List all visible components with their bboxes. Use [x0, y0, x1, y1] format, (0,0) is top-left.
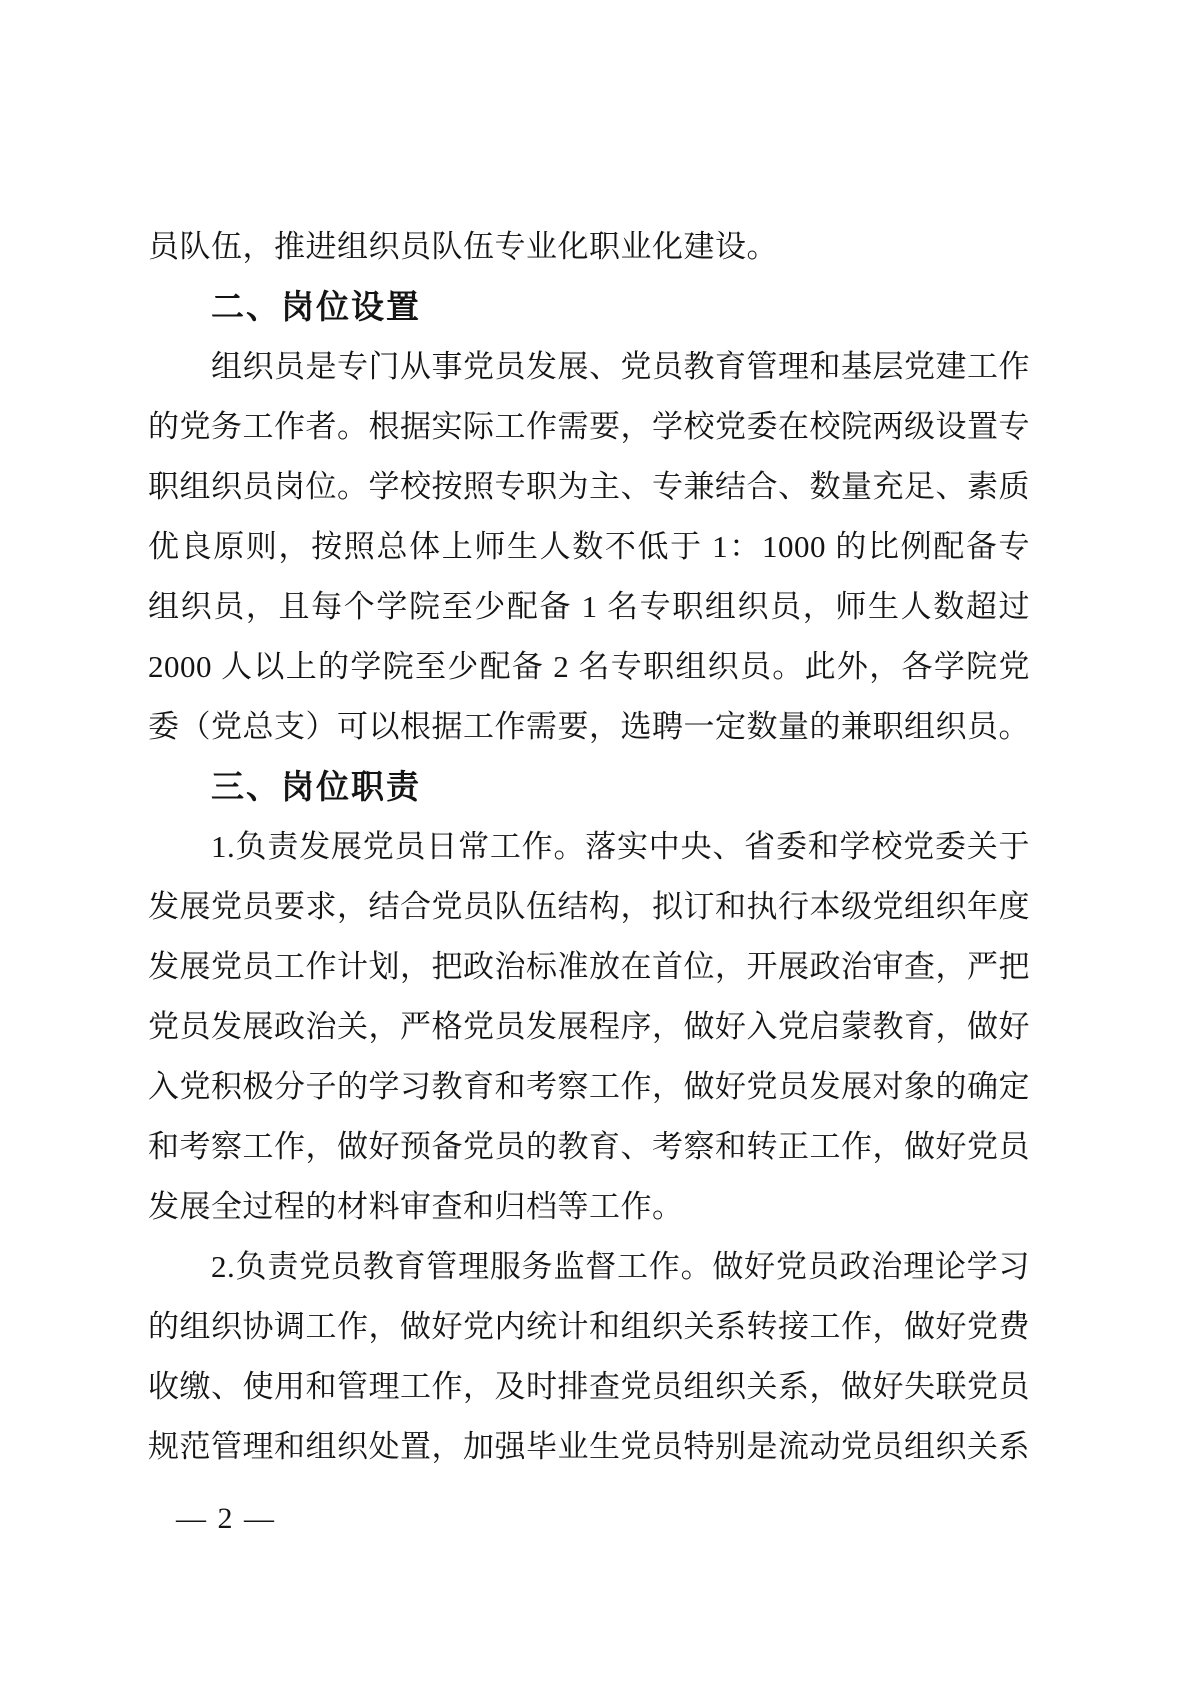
text-line: 组织员是专门从事党员发展、党员教育管理和基层党建工作 — [148, 337, 1030, 397]
page-number: — 2 — — [176, 1489, 276, 1549]
section-heading-3: 三、岗位职责 — [148, 757, 1030, 817]
text-line: 入党积极分子的学习教育和考察工作，做好党员发展对象的确定 — [148, 1057, 1030, 1117]
text-line: 收缴、使用和管理工作，及时排查党员组织关系，做好失联党员 — [148, 1357, 1030, 1417]
document-page: 员队伍，推进组织员队伍专业化职业化建设。 二、岗位设置 组织员是专门从事党员发展… — [0, 0, 1190, 1683]
text-block: 员队伍，推进组织员队伍专业化职业化建设。 二、岗位设置 组织员是专门从事党员发展… — [148, 217, 1030, 1477]
text-line: 和考察工作，做好预备党员的教育、考察和转正工作，做好党员 — [148, 1117, 1030, 1177]
text-line: 的组织协调工作，做好党内统计和组织关系转接工作，做好党费 — [148, 1297, 1030, 1357]
section-heading-2: 二、岗位设置 — [148, 277, 1030, 337]
text-line: 委（党总支）可以根据工作需要，选聘一定数量的兼职组织员。 — [148, 697, 1030, 757]
text-line: 优良原则，按照总体上师生人数不低于 1：1000 的比例配备专职 — [148, 517, 1030, 577]
text-line: 规范管理和组织处置，加强毕业生党员特别是流动党员组织关系 — [148, 1417, 1030, 1477]
text-line: 发展党员要求，结合党员队伍结构，拟订和执行本级党组织年度 — [148, 877, 1030, 937]
text-line: 组织员，且每个学院至少配备 1 名专职组织员，师生人数超过 — [148, 577, 1030, 637]
text-line: 党员发展政治关，严格党员发展程序，做好入党启蒙教育，做好 — [148, 997, 1030, 1057]
text-line: 发展党员工作计划，把政治标准放在首位，开展政治审查，严把 — [148, 937, 1030, 997]
text-line: 职组织员岗位。学校按照专职为主、专兼结合、数量充足、素质 — [148, 457, 1030, 517]
text-line: 发展全过程的材料审查和归档等工作。 — [148, 1177, 1030, 1237]
text-line: 员队伍，推进组织员队伍专业化职业化建设。 — [148, 217, 1030, 277]
text-line: 2000 人以上的学院至少配备 2 名专职组织员。此外，各学院党 — [148, 637, 1030, 697]
text-line: 的党务工作者。根据实际工作需要，学校党委在校院两级设置专 — [148, 397, 1030, 457]
text-line: 1.负责发展党员日常工作。落实中央、省委和学校党委关于 — [148, 817, 1030, 877]
text-line: 2.负责党员教育管理服务监督工作。做好党员政治理论学习 — [148, 1237, 1030, 1297]
